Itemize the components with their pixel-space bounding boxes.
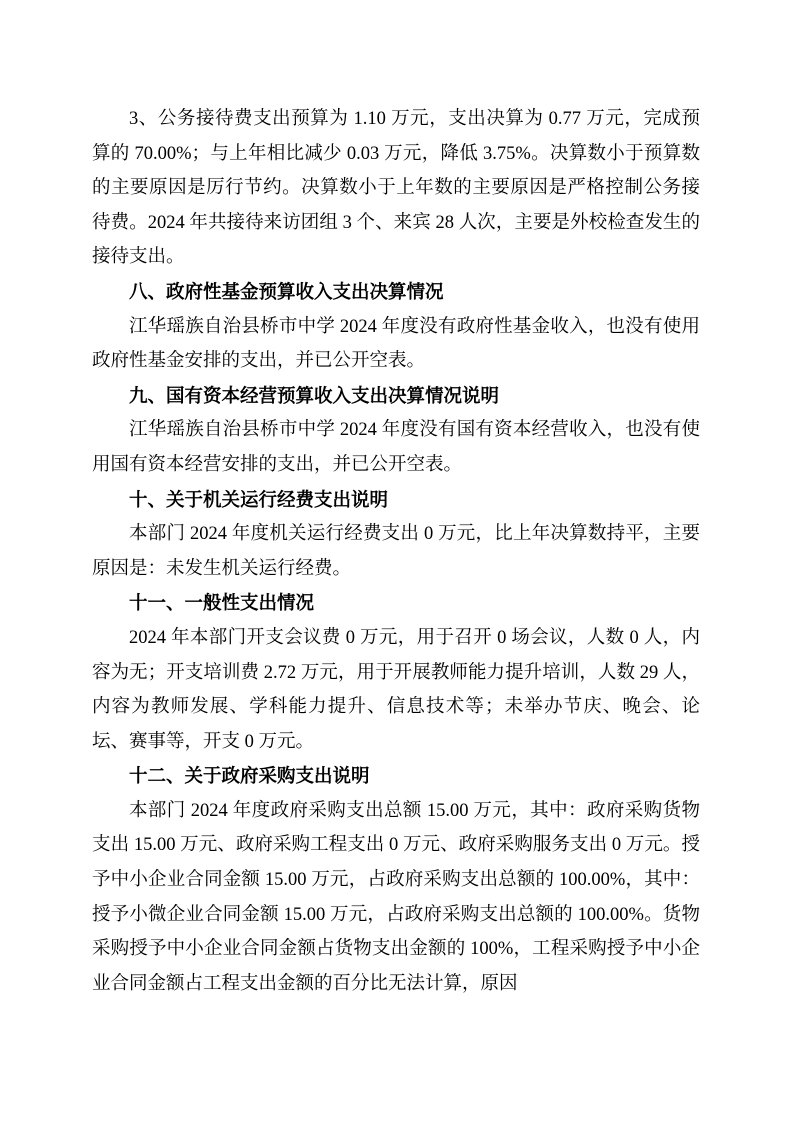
document-page: 3、公务接待费支出预算为 1.10 万元，支出决算为 0.77 万元，完成预算的… <box>0 0 793 1122</box>
section-heading-agency-operating-expense: 十、关于机关运行经费支出说明 <box>92 483 700 518</box>
government-procurement-paragraph: 本部门 2024 年度政府采购支出总额 15.00 万元，其中：政府采购货物支出… <box>92 794 700 1002</box>
section-heading-government-fund-budget: 八、政府性基金预算收入支出决算情况 <box>92 275 700 310</box>
state-capital-operation-paragraph: 江华瑶族自治县桥市中学 2024 年度没有国有资本经营收入，也没有使用国有资本经… <box>92 413 700 482</box>
general-expenditure-paragraph: 2024 年本部门开支会议费 0 万元，用于召开 0 场会议，人数 0 人，内容… <box>92 621 700 759</box>
official-reception-expense-paragraph: 3、公务接待费支出预算为 1.10 万元，支出决算为 0.77 万元，完成预算的… <box>92 102 700 275</box>
section-heading-government-procurement: 十二、关于政府采购支出说明 <box>92 759 700 794</box>
agency-operating-expense-paragraph: 本部门 2024 年度机关运行经费支出 0 万元，比上年决算数持平，主要原因是：… <box>92 517 700 586</box>
section-heading-general-expenditure: 十一、一般性支出情况 <box>92 586 700 621</box>
government-fund-budget-paragraph: 江华瑶族自治县桥市中学 2024 年度没有政府性基金收入，也没有使用政府性基金安… <box>92 310 700 379</box>
section-heading-state-capital-operation: 九、国有资本经营预算收入支出决算情况说明 <box>92 379 700 414</box>
